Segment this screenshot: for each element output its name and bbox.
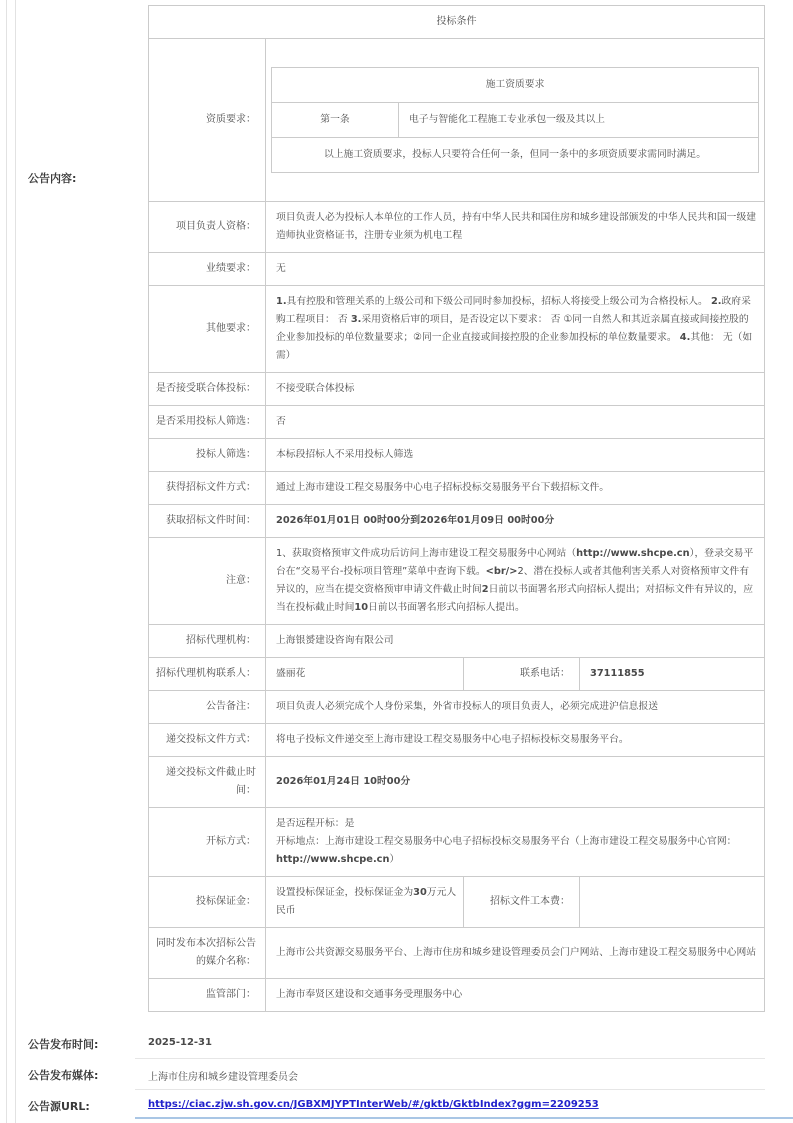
screening-used-label: 是否采用投标人筛选： bbox=[149, 406, 266, 438]
inner-note-row: 以上施工资质要求，投标人只要符合任何一条，但同一条中的多项资质要求需同时满足。 bbox=[272, 137, 758, 172]
regulator-label: 监管部门： bbox=[149, 979, 266, 1011]
row-doc-obtain-method: 获得招标文件方式： 通过上海市建设工程交易服务中心电子招标投标交易服务平台下载招… bbox=[149, 471, 764, 504]
row-remark: 公告备注： 项目负责人必须完成个人身份采集，外省市投标人的项目负责人，必须完成进… bbox=[149, 690, 764, 723]
publish-time-label: 公告发布时间: bbox=[28, 1036, 98, 1052]
agency-contact-name: 盛丽花 bbox=[266, 658, 464, 690]
page-left-border-inner bbox=[15, 0, 16, 1123]
row-opening-method: 开标方式： 是否远程开标：是开标地点：上海市建设工程交易服务中心电子招标投标交易… bbox=[149, 807, 764, 876]
row-performance: 业绩要求： 无 bbox=[149, 252, 764, 285]
media-label: 同时发布本次招标公告的媒介名称： bbox=[149, 928, 266, 978]
agency-contact-label: 招标代理机构联系人： bbox=[149, 658, 266, 690]
doc-obtain-time-value: 2026年01月01日 00时00分到2026年01月09日 00时00分 bbox=[266, 505, 764, 537]
qualification-label: 资质要求： bbox=[149, 39, 266, 201]
publish-time-row: 公告发布时间: 2025-12-31 bbox=[0, 1028, 793, 1059]
bidder-screening-label: 投标人筛选： bbox=[149, 439, 266, 471]
row-project-manager: 项目负责人资格： 项目负责人必为投标人本单位的工作人员，持有中华人民共和国住房和… bbox=[149, 201, 764, 252]
row-deposit: 投标保证金： 设置投标保证金，投标保证金为30万元人民币 招标文件工本费： bbox=[149, 876, 764, 927]
row-media: 同时发布本次招标公告的媒介名称： 上海市公共资源交易服务平台、上海市住房和城乡建… bbox=[149, 927, 764, 978]
announcement-content-label: 公告内容: bbox=[28, 170, 76, 186]
performance-label: 业绩要求： bbox=[149, 253, 266, 285]
opening-method-value: 是否远程开标：是开标地点：上海市建设工程交易服务中心电子招标投标交易服务平台（上… bbox=[266, 808, 764, 876]
publish-time-value: 2025-12-31 bbox=[148, 1037, 212, 1048]
remark-label: 公告备注： bbox=[149, 691, 266, 723]
row-other-requirements: 其他要求： 1.具有控股和管理关系的上级公司和下级公司同时参加投标，招标人将接受… bbox=[149, 285, 764, 372]
inner-title-row: 施工资质要求 bbox=[272, 68, 758, 102]
remark-value: 项目负责人必须完成个人身份采集，外省市投标人的项目负责人，必须完成进沪信息报送 bbox=[266, 691, 764, 723]
announcement-footer: 公告发布时间: 2025-12-31 公告发布媒体: 上海市住房和城乡建设管理委… bbox=[0, 1028, 793, 1121]
source-url-link[interactable]: https://ciac.zjw.sh.gov.cn/JGBXMJYPTInte… bbox=[148, 1099, 599, 1110]
doc-obtain-method-label: 获得招标文件方式： bbox=[149, 472, 266, 504]
other-requirements-label: 其他要求： bbox=[149, 286, 266, 372]
row-joint-venture: 是否接受联合体投标： 不接受联合体投标 bbox=[149, 372, 764, 405]
screening-used-value: 否 bbox=[266, 406, 764, 438]
construction-qualification-title: 施工资质要求 bbox=[272, 68, 758, 102]
bidder-screening-value: 本标段招标人不采用投标人筛选 bbox=[266, 439, 764, 471]
row-submit-method: 递交投标文件方式： 将电子投标文件递交至上海市建设工程交易服务中心电子招标投标交… bbox=[149, 723, 764, 756]
source-url-label: 公告源URL: bbox=[28, 1098, 90, 1114]
row-agency-contact: 招标代理机构联系人： 盛丽花 联系电话： 37111855 bbox=[149, 657, 764, 690]
doc-fee-value bbox=[580, 877, 764, 927]
submit-deadline-value: 2026年01月24日 10时00分 bbox=[266, 757, 764, 807]
submit-method-value: 将电子投标文件递交至上海市建设工程交易服务中心电子招标投标交易服务平台。 bbox=[266, 724, 764, 756]
bid-conditions-table: 投标条件 资质要求： 施工资质要求 第一条 电子与智能化工程施工专业承包一级及其… bbox=[148, 5, 765, 1012]
row-screening-used: 是否采用投标人筛选： 否 bbox=[149, 405, 764, 438]
submit-method-label: 递交投标文件方式： bbox=[149, 724, 266, 756]
page-left-border-outer bbox=[6, 0, 7, 1123]
table-title: 投标条件 bbox=[149, 6, 764, 38]
opening-method-label: 开标方式： bbox=[149, 808, 266, 876]
row-qualification: 资质要求： 施工资质要求 第一条 电子与智能化工程施工专业承包一级及其以上 以上… bbox=[149, 38, 764, 201]
table-header-row: 投标条件 bbox=[149, 6, 764, 38]
contact-phone-value: 37111855 bbox=[580, 658, 764, 690]
row-regulator: 监管部门： 上海市奉贤区建设和交通事务受理服务中心 bbox=[149, 978, 764, 1011]
performance-value: 无 bbox=[266, 253, 764, 285]
media-value: 上海市公共资源交易服务平台、上海市住房和城乡建设管理委员会门户网站、上海市建设工… bbox=[266, 928, 764, 978]
publish-media-value: 上海市住房和城乡建设管理委员会 bbox=[148, 1068, 298, 1083]
doc-obtain-method-value: 通过上海市建设工程交易服务中心电子招标投标交易服务平台下载招标文件。 bbox=[266, 472, 764, 504]
notice-label: 注意： bbox=[149, 538, 266, 624]
row-agency: 招标代理机构： 上海银赟建设咨询有限公司 bbox=[149, 624, 764, 657]
joint-venture-value: 不接受联合体投标 bbox=[266, 373, 764, 405]
notice-value: 1、获取资格预审文件成功后访问上海市建设工程交易服务中心网站（http://ww… bbox=[266, 538, 764, 624]
qualification-value: 施工资质要求 第一条 电子与智能化工程施工专业承包一级及其以上 以上施工资质要求… bbox=[266, 39, 764, 201]
deposit-value: 设置投标保证金，投标保证金为30万元人民币 bbox=[266, 877, 464, 927]
agency-value: 上海银赟建设咨询有限公司 bbox=[266, 625, 764, 657]
qualification-note: 以上施工资质要求，投标人只要符合任何一条，但同一条中的多项资质要求需同时满足。 bbox=[272, 138, 758, 172]
deposit-label: 投标保证金： bbox=[149, 877, 266, 927]
clause-text: 电子与智能化工程施工专业承包一级及其以上 bbox=[399, 103, 758, 137]
submit-deadline-label: 递交投标文件截止时间： bbox=[149, 757, 266, 807]
joint-venture-label: 是否接受联合体投标： bbox=[149, 373, 266, 405]
row-bidder-screening: 投标人筛选： 本标段招标人不采用投标人筛选 bbox=[149, 438, 764, 471]
doc-fee-label: 招标文件工本费： bbox=[464, 877, 580, 927]
doc-obtain-time-label: 获取招标文件时间： bbox=[149, 505, 266, 537]
project-manager-value: 项目负责人必为投标人本单位的工作人员，持有中华人民共和国住房和城乡建设部颁发的中… bbox=[266, 202, 764, 252]
regulator-value: 上海市奉贤区建设和交通事务受理服务中心 bbox=[266, 979, 764, 1011]
publish-media-row: 公告发布媒体: 上海市住房和城乡建设管理委员会 bbox=[0, 1059, 793, 1090]
bottom-section-divider bbox=[135, 1117, 793, 1119]
other-requirements-value: 1.具有控股和管理关系的上级公司和下级公司同时参加投标，招标人将接受上级公司为合… bbox=[266, 286, 764, 372]
construction-qualification-table: 施工资质要求 第一条 电子与智能化工程施工专业承包一级及其以上 以上施工资质要求… bbox=[271, 67, 759, 173]
clause-number: 第一条 bbox=[272, 103, 399, 137]
inner-clause-row: 第一条 电子与智能化工程施工专业承包一级及其以上 bbox=[272, 102, 758, 137]
project-manager-label: 项目负责人资格： bbox=[149, 202, 266, 252]
row-submit-deadline: 递交投标文件截止时间： 2026年01月24日 10时00分 bbox=[149, 756, 764, 807]
agency-label: 招标代理机构： bbox=[149, 625, 266, 657]
row-notice: 注意： 1、获取资格预审文件成功后访问上海市建设工程交易服务中心网站（http:… bbox=[149, 537, 764, 624]
contact-phone-label: 联系电话： bbox=[464, 658, 580, 690]
publish-media-label: 公告发布媒体: bbox=[28, 1067, 98, 1083]
row-doc-obtain-time: 获取招标文件时间： 2026年01月01日 00时00分到2026年01月09日… bbox=[149, 504, 764, 537]
